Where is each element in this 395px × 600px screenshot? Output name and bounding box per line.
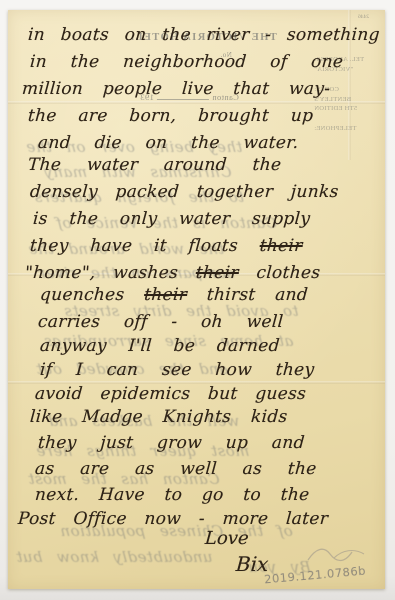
handwriting-text: "home", washes [24, 263, 196, 283]
handwritten-line: Post Office now - more later [17, 509, 329, 529]
handwritten-line: next. Have to go to the [34, 485, 310, 505]
handwriting-text: anyway I'll be darned [39, 336, 280, 356]
handwritten-line: million people live that way- [21, 79, 331, 99]
handwritten-line: quenches their thirst and [39, 285, 308, 305]
handwriting-text: avoid epidemics but guess [34, 384, 307, 404]
letterhead-side-line-mirrored: TELEPHONE: [314, 125, 356, 132]
crossed-word: their [259, 236, 303, 256]
handwritten-line: and die on the water. [37, 133, 299, 153]
handwriting-text: The water around the [27, 155, 282, 175]
handwritten-line: anyway I'll be darned [39, 336, 280, 356]
handwriting-text: Post Office now - more later [17, 509, 329, 529]
handwritten-line: "home", washes their clothes [24, 263, 321, 283]
handwritten-line: avoid epidemics but guess [34, 384, 307, 404]
crossed-word: their [195, 263, 239, 283]
handwriting-text: next. Have to go to the [34, 485, 310, 505]
handwritten-line: if I can see how they [39, 360, 315, 380]
handwriting-text: clothes [238, 263, 321, 283]
letterhead-corner-mark-mirrored: 2446 [358, 14, 369, 20]
closing-word: Love [204, 528, 249, 549]
crossed-word: their [144, 285, 188, 305]
bleedthrough-line-mirrored: undoubtedly know but [15, 548, 213, 566]
handwritten-line: The water around the [27, 155, 282, 175]
handwriting-text: thirst and [186, 285, 308, 305]
handwriting-text: densely packed together junks [29, 182, 339, 202]
dateline-rule [157, 99, 209, 100]
handwritten-line: densely packed together junks [29, 182, 339, 202]
handwritten-line: as are as well as the [34, 459, 317, 479]
handwriting-text: million people live that way- [21, 79, 331, 99]
handwriting-text: in boats on the river - something [27, 25, 380, 45]
letterhead-side-line-mirrored: 5TH EDITION [314, 105, 357, 112]
handwritten-line: is the only water supply [32, 209, 311, 229]
handwriting-text: as are as well as the [34, 459, 317, 479]
handwriting-text: they have it floats [29, 236, 260, 256]
handwriting-text: if I can see how they [39, 360, 315, 380]
scanned-letter-photo: THE VICTORIA HOTEL. No. TEL. ADDRESS:"VI… [0, 0, 395, 600]
pencil-scribble [304, 540, 368, 566]
handwriting-text: the are born, brought up [27, 106, 314, 126]
handwritten-line: carries off - oh well [37, 312, 284, 332]
handwriting-text: in the neighborhood of one [29, 52, 344, 72]
handwritten-line: in the neighborhood of one [29, 52, 344, 72]
letter-paper: THE VICTORIA HOTEL. No. TEL. ADDRESS:"VI… [8, 10, 385, 589]
handwritten-line: the are born, brought up [27, 106, 314, 126]
handwriting-text: is the only water supply [32, 209, 311, 229]
handwritten-line: like Madge Knights kids [29, 407, 288, 427]
handwritten-line: they just grow up and [37, 433, 305, 453]
handwriting-text: carries off - oh well [37, 312, 284, 332]
handwritten-line: they have it floats their [29, 236, 303, 256]
handwritten-line: in boats on the river - something [27, 25, 380, 45]
handwriting-text: and die on the water. [37, 133, 299, 153]
handwriting-text: like Madge Knights kids [29, 407, 288, 427]
handwriting-text: quenches [39, 285, 145, 305]
handwriting-text: they just grow up and [37, 433, 305, 453]
